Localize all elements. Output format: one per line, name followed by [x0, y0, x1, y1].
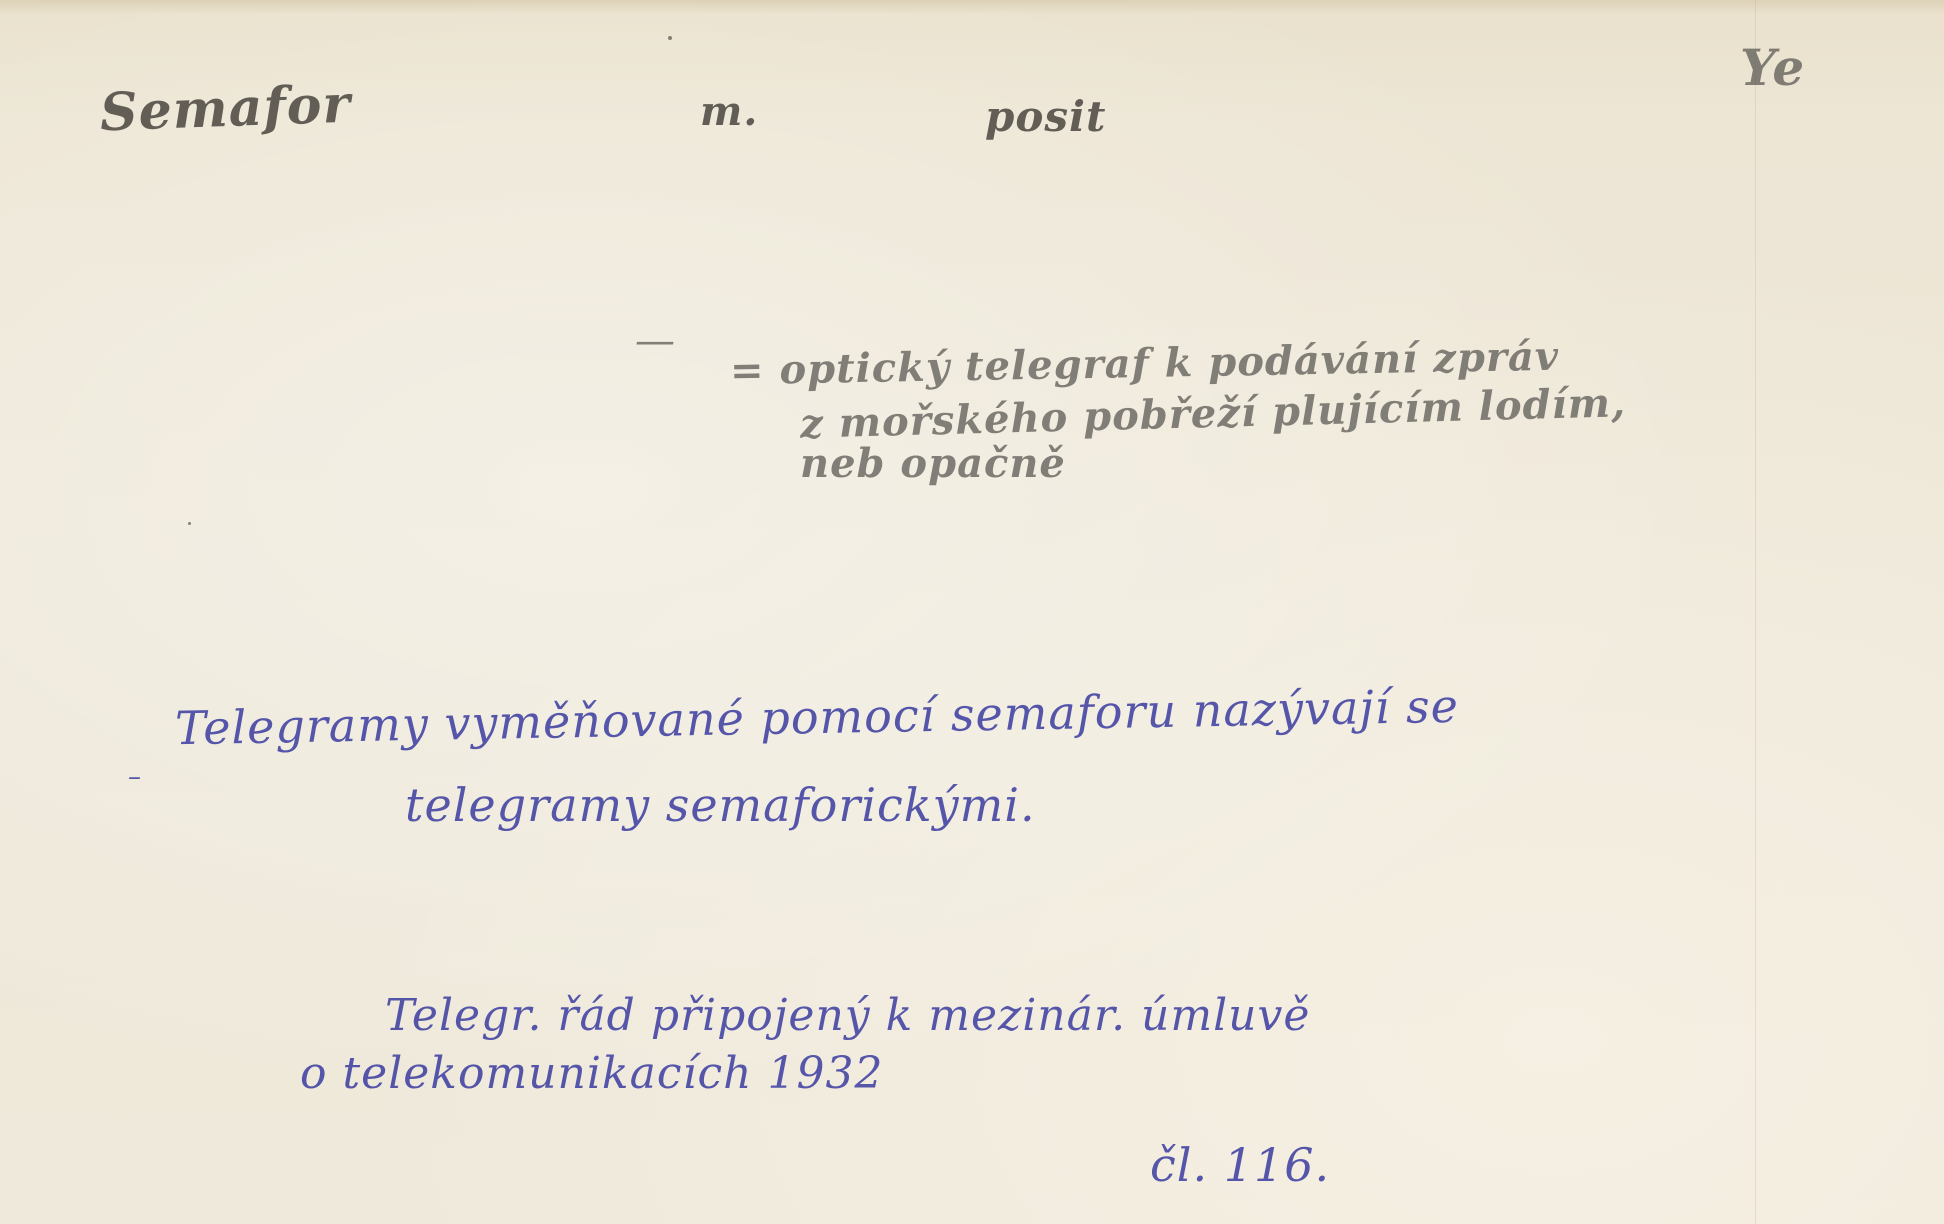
margin-rule [1755, 0, 1756, 1224]
usage-note-line: telegramy semaforickými. [405, 778, 1036, 832]
card-top-edge [0, 0, 1944, 14]
source-reference-line: Telegr. řád připojený k mezinár. úmluvě [385, 990, 1310, 1041]
source-reference-line: o telekomunikacích 1932 [300, 1048, 883, 1099]
grammatical-gender: m. [700, 88, 758, 135]
usage-note-line: Telegramy vyměňované pomocí semaforu naz… [175, 679, 1460, 755]
paper-speck [188, 522, 191, 525]
headword: Semafor [99, 74, 352, 144]
note-side-mark: – [128, 762, 142, 792]
definition-line: neb opačně [800, 440, 1066, 487]
source-abbreviation: posit [985, 92, 1106, 141]
article-citation: čl. 116. [1150, 1138, 1330, 1192]
definition-dash: — [635, 318, 676, 364]
card-mark: Ye [1740, 38, 1805, 97]
paper-speck [668, 36, 672, 40]
index-card: Semafor m. posit Ye — = optický telegraf… [0, 0, 1944, 1224]
